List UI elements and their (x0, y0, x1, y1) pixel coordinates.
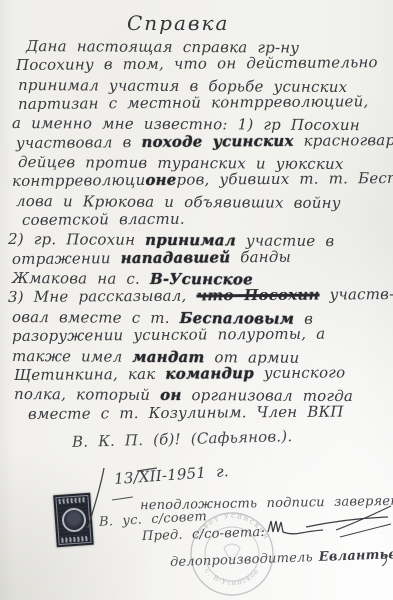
chairman-signature-flourish (306, 517, 388, 527)
date-line: 13/XII-1951 г. (114, 462, 230, 488)
document-body: Дана настоящая справка гр-нуПосохину в т… (0, 37, 393, 424)
handwritten-text: ров, убивших т. т. Беспа- (176, 169, 393, 189)
handwritten-text: вместе с т. Козулиным. Член ВКП (28, 402, 344, 422)
revenue-stamp-frame (55, 495, 91, 545)
overwritten-text: принимал (145, 231, 236, 250)
handwritten-text: полка, который (14, 385, 160, 404)
revenue-stamp (53, 493, 94, 547)
handwritten-text: 3) Мне рассказывал, (8, 287, 197, 306)
handwritten-text: усинского (254, 363, 346, 382)
overwritten-text: он (160, 386, 181, 404)
handwritten-line: отражении нападавшей банды (12, 247, 393, 269)
handwritten-text: банды (230, 248, 291, 266)
overwritten-text: оне (145, 171, 176, 189)
handwritten-text: 2) гр. Посохин (8, 230, 145, 249)
overwritten-text: командир (165, 364, 254, 383)
handwritten-line: контрреволюционеров, убивших т. т. Беспа… (12, 169, 393, 191)
handwritten-line: вместе с т. Козулиным. Член ВКП (28, 402, 393, 424)
stamp-bottom-band (61, 536, 88, 543)
handwritten-text: советской власти. (22, 210, 185, 229)
pen-dash (112, 497, 133, 500)
document-page: Справка Дана настоящая справка гр-нуПосо… (0, 0, 393, 600)
handwritten-text: партизан с местной контрреволюцией, (18, 92, 369, 113)
handwritten-text: контрреволюци (12, 171, 146, 190)
handwritten-text: Посохину в том, что он действительно (16, 54, 378, 75)
handwritten-line: участвовал в походе усинских красногвар- (16, 131, 393, 153)
clerk-signature: Евлантьев (319, 547, 393, 565)
seal-bottom-text: с. В-Усинское (203, 567, 261, 587)
overwritten-text: нападавшей (121, 248, 231, 267)
handwritten-text: овал вместе с т. (12, 308, 180, 327)
handwritten-text: красногвар- (294, 131, 393, 150)
handwritten-text: Щетинкина, как (14, 365, 166, 384)
handwritten-line: Щетинкина, как командир усинского (14, 363, 393, 385)
handwritten-text: отражении (12, 249, 121, 268)
handwritten-line: разоружении усинской полуроты, а (12, 324, 393, 346)
handwritten-line: партизан с местной контрреволюцией, (18, 92, 393, 114)
handwritten-text: участвовал в (16, 133, 142, 152)
handwritten-line: советской власти. (22, 208, 393, 230)
document-title: Справка (127, 11, 229, 35)
handwritten-text: участв- (319, 285, 393, 304)
struck-text: что Посохин (196, 286, 319, 305)
handwritten-line: Посохину в том, что он действительно (16, 53, 393, 75)
chairman-signature-underline (340, 524, 391, 537)
stamp-emblem-icon (61, 507, 87, 533)
handwritten-text: Жмакова на с. (12, 269, 150, 288)
overwritten-text: походе усинских (141, 132, 293, 151)
handwritten-line: 3) Мне рассказывал, что Посохин участв- (8, 285, 393, 307)
party-membership-signature-line: В. К. П. (б)! (Сафьянов.). (72, 427, 293, 451)
overwritten-text: мандат (132, 347, 204, 365)
handwritten-text: также имел (12, 347, 132, 366)
handwritten-text: разоружении усинской полуроты, а (12, 325, 325, 345)
stamp-top-band (59, 497, 86, 504)
